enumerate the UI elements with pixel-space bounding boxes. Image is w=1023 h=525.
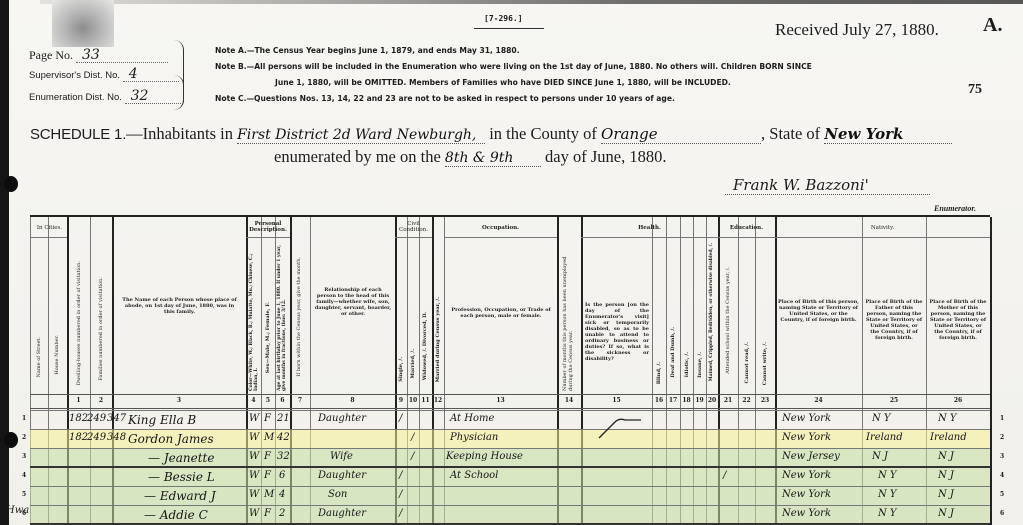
color: W (249, 470, 259, 481)
binder-ring (4, 432, 18, 448)
sex: F (264, 508, 271, 519)
column-number: 25 (862, 397, 926, 404)
line-number: 4 (1000, 472, 1004, 479)
column-number: 19 (693, 397, 706, 404)
inhabitants-label: —Inhabitants in (126, 124, 233, 143)
age: 2 (279, 508, 285, 519)
table-row[interactable]: — Addie C W F 2 Daughter / New York N Y … (30, 506, 990, 525)
enumeration-district-field: Enumeration Dist. No. 32 (29, 90, 181, 104)
person-name: King Ella B (128, 413, 196, 427)
line-number: 3 (1000, 453, 1004, 460)
father-birthplace: N J (872, 451, 888, 462)
note-b-continued: June 1, 1880, will be OMITTED. Members o… (215, 75, 975, 91)
column-number: 26 (926, 397, 990, 404)
birthplace: New Jersey (782, 451, 840, 462)
header-insane: Insane, /. (697, 352, 703, 378)
header-dwelling: Dwelling-houses numbered in order of vis… (76, 261, 82, 385)
age: 42 (277, 432, 290, 443)
column-number: 10 (407, 397, 419, 404)
form-code-rule (474, 28, 544, 29)
relationship: Son (328, 489, 347, 500)
relationship: Wife (330, 451, 353, 462)
enumeration-district-label: Enumeration Dist. No. (29, 92, 122, 103)
header-father-birthplace: Place of Birth of the Father of this per… (865, 299, 923, 341)
instruction-notes: Note A.—The Census Year begins June 1, 1… (215, 43, 975, 107)
header-maimed: Maimed, Crippled, Bedridden, or otherwis… (709, 243, 714, 381)
birthplace: New York (782, 508, 831, 519)
header-family: Families numbered in order of visitation… (98, 277, 104, 381)
line-number: 1 (1000, 415, 1004, 422)
header-birthplace: Place of Birth of this person, naming St… (778, 299, 859, 323)
group-rule (246, 237, 290, 238)
header-married: Married, /. (410, 349, 416, 379)
column-number: 16 (652, 397, 666, 404)
age: 4 (279, 489, 285, 500)
group-personal-description: Personal Description. (246, 221, 290, 233)
mother-birthplace: N J (938, 489, 954, 500)
married-mark: / (411, 451, 414, 462)
line-number: 2 (22, 434, 26, 441)
column-number-row: 1 2 3 4 5 6 7 8 9 10 11 12 13 14 15 16 1… (30, 394, 990, 409)
age: 32 (277, 451, 290, 462)
occupation: At Home (450, 413, 494, 424)
checkmark-icon (597, 418, 643, 440)
column-number: 18 (680, 397, 693, 404)
single-mark: / (399, 489, 402, 500)
color: W (249, 413, 259, 424)
enumerated-label: enumerated by me on the (274, 147, 441, 166)
header-age: Age at last birthday prior to June 1, 18… (277, 245, 288, 391)
occupation: Keeping House (446, 451, 523, 462)
person-name: — Addie C (144, 508, 208, 522)
table-row[interactable]: 182 249 347 King Ella B W F 21 Daughter … (30, 411, 990, 430)
group-health: Health. (581, 225, 718, 231)
mother-birthplace: N J (938, 451, 954, 462)
table-row[interactable]: — Bessie L W F 6 Daughter / At School / … (30, 468, 990, 487)
header-born-month: If born within the Census year, give the… (296, 257, 302, 377)
binder-ring (4, 176, 18, 192)
father-birthplace: N Y (872, 413, 891, 424)
birthplace: New York (782, 489, 831, 500)
table-row[interactable]: — Edward J W M 4 Son / New York N Y N J (30, 487, 990, 506)
line-number: 2 (1000, 434, 1004, 441)
school-mark: / (723, 470, 726, 481)
mother-birthplace: N Y (938, 413, 957, 424)
column-line (990, 217, 992, 525)
father-birthplace: N Y (878, 508, 897, 519)
page-number-field: Page No. 33 (29, 48, 168, 63)
birthplace: New York (782, 413, 831, 424)
color: W (249, 489, 259, 500)
person-name: Gordon James (128, 432, 214, 446)
relationship: Daughter (318, 508, 366, 519)
column-number: 21 (718, 397, 738, 404)
dwelling-number: 249 (87, 432, 106, 443)
age: 21 (277, 413, 290, 424)
header-sex: Sex—Male, M.; Female, F. (265, 302, 271, 373)
line-number: 5 (1000, 491, 1004, 498)
married-mark: / (411, 432, 414, 443)
sex: F (264, 470, 271, 481)
column-number: 9 (395, 397, 407, 404)
header-attended-school: Attended school within the Census year, … (725, 267, 731, 374)
column-number: 5 (261, 397, 275, 404)
note-b: Note B.—All persons will be included in … (215, 59, 975, 75)
header-mother-birthplace: Place of Birth of the Mother of this per… (929, 299, 987, 341)
dwelling-number: 249 (87, 413, 106, 424)
column-number: 22 (738, 397, 755, 404)
group-in-cities: In Cities. (32, 225, 67, 231)
group-occupation: Occupation. (444, 225, 557, 231)
line-number: 6 (1000, 510, 1004, 517)
header-married-census-year: Married during Census year, /. (435, 297, 441, 382)
page-top-shadow (40, 0, 1023, 4)
header-widowed-divorced: Widowed, /. Divorced, D. (422, 312, 428, 380)
color: W (249, 508, 259, 519)
occupation: At School (450, 470, 498, 481)
header-cannot-read: Cannot read, /. (744, 342, 750, 383)
table-row[interactable]: — Jeanette W F 32 Wife / Keeping House N… (30, 449, 990, 468)
enumeration-days: 8th & 9th (445, 150, 541, 167)
enumerator-signature: Frank W. Bazzoni' (725, 176, 930, 195)
group-rule (718, 237, 775, 238)
column-number: 17 (666, 397, 680, 404)
paper-smudge (52, 0, 114, 47)
person-name: — Jeanette (148, 451, 214, 465)
house-number: 182 (69, 413, 88, 424)
house-number: 182 (69, 432, 88, 443)
margin-annotation: Hwa (6, 505, 29, 516)
supervisor-district-label: Supervisor's Dist. No. (29, 70, 120, 81)
column-number: 7 (290, 397, 310, 404)
sex: M (264, 489, 274, 500)
group-nativity: Nativity. (775, 225, 990, 231)
page-number-label: Page No. (29, 48, 73, 63)
brace-divider (170, 75, 184, 110)
column-number: 13 (444, 397, 557, 404)
header-street: Name of Street. (36, 337, 42, 377)
column-number: 1 (67, 397, 90, 404)
age: 6 (279, 470, 285, 481)
sex: F (264, 451, 271, 462)
header-single: Single, /. (398, 357, 404, 382)
census-page: [7-296.] Received July 27, 1880. A. 75 P… (0, 0, 1023, 525)
note-c: Note C.—Questions Nos. 13, 14, 22 and 23… (215, 91, 975, 107)
header-occupation: Profession, Occupation, or Trade of each… (450, 307, 552, 319)
schedule-heading: SCHEDULE 1.—Inhabitants in First Distric… (30, 124, 952, 144)
header-blind: Blind, /. (656, 362, 662, 384)
form-code: [7-296.] (484, 14, 523, 23)
person-name: — Bessie L (148, 470, 215, 484)
header-name: The Name of each Person whose place of a… (122, 297, 237, 315)
page-number-value: 33 (76, 49, 168, 63)
group-rule (30, 237, 67, 238)
column-number: 23 (755, 397, 775, 404)
column-number: 8 (310, 397, 395, 404)
father-birthplace: N Y (878, 489, 897, 500)
line-number: 3 (22, 453, 26, 460)
occupation: Physician (450, 432, 498, 443)
single-mark: / (399, 413, 402, 424)
enumeration-date-line: enumerated by me on the 8th & 9th day of… (274, 147, 666, 167)
state-value: New York (824, 125, 952, 144)
county-label: in the County of (489, 124, 597, 143)
birthplace: New York (782, 432, 831, 443)
column-number: 15 (581, 397, 652, 404)
color: W (249, 432, 259, 443)
header-idiotic: Idiotic, /. (684, 352, 690, 377)
district-value: First District 2d Ward Newburgh, (237, 127, 485, 144)
relationship: Daughter (318, 470, 366, 481)
person-name: — Edward J (144, 489, 216, 503)
sex: F (264, 413, 271, 424)
birthplace: New York (782, 470, 831, 481)
header-color: Color—White, W.; Black, B.; Mulatto, Mu.… (249, 245, 259, 391)
enumeration-month-year: day of June, 1880. (545, 147, 666, 166)
supervisor-district-field: Supervisor's Dist. No. 4 (29, 68, 179, 82)
relationship: Daughter (318, 413, 366, 424)
schedule-title: SCHEDULE 1. (30, 126, 126, 143)
mother-birthplace: N J (938, 508, 954, 519)
county-value: Orange (601, 125, 761, 144)
column-number: 14 (557, 397, 581, 404)
census-table: In Cities. Personal Description. Civil C… (30, 215, 990, 525)
color: W (249, 451, 259, 462)
column-number: 20 (706, 397, 718, 404)
father-birthplace: Ireland (866, 432, 903, 443)
column-number: 11 (419, 397, 432, 404)
family-number: 348 (107, 432, 126, 443)
mother-birthplace: Ireland (930, 432, 967, 443)
group-rule (581, 237, 718, 238)
column-number: 3 (112, 397, 246, 404)
header-cannot-write: Cannot write, /. (762, 342, 768, 385)
father-birthplace: N Y (878, 470, 897, 481)
column-number: 24 (775, 397, 862, 404)
line-number: 5 (22, 491, 26, 498)
column-number: 6 (275, 397, 290, 404)
line-number: 1 (22, 415, 26, 422)
state-label: , State of (761, 124, 820, 143)
header-sickness: Is the person [on the day of the Enumera… (585, 302, 649, 362)
group-education: Education. (718, 225, 775, 231)
single-mark: / (399, 470, 402, 481)
group-civil-condition: Civil Condition. (395, 221, 432, 233)
group-rule (444, 237, 557, 238)
header-house-number: House Number. (54, 335, 60, 375)
header-months-unemployed: Number of months this person has been un… (562, 245, 577, 391)
family-number: 347 (107, 413, 126, 424)
column-number: 4 (246, 397, 261, 404)
column-number: 2 (90, 397, 112, 404)
single-mark: / (399, 508, 402, 519)
received-stamp: Received July 27, 1880. (775, 20, 939, 40)
header-deaf-dumb: Deaf and Dumb, /. (670, 327, 676, 378)
column-number: 12 (432, 397, 444, 404)
schedule-letter: A. (983, 14, 1002, 37)
header-relationship: Relationship of each person to the head … (314, 287, 392, 317)
group-rule (395, 237, 432, 238)
sex: M (264, 432, 274, 443)
enumerator-label: Enumerator. (934, 204, 976, 213)
note-a: Note A.—The Census Year begins June 1, 1… (215, 43, 975, 59)
group-rule (775, 237, 990, 238)
line-number: 4 (22, 472, 26, 479)
table-row[interactable]: 182 249 348 Gordon James W M 42 / Physic… (30, 430, 990, 449)
mother-birthplace: N J (938, 470, 954, 481)
